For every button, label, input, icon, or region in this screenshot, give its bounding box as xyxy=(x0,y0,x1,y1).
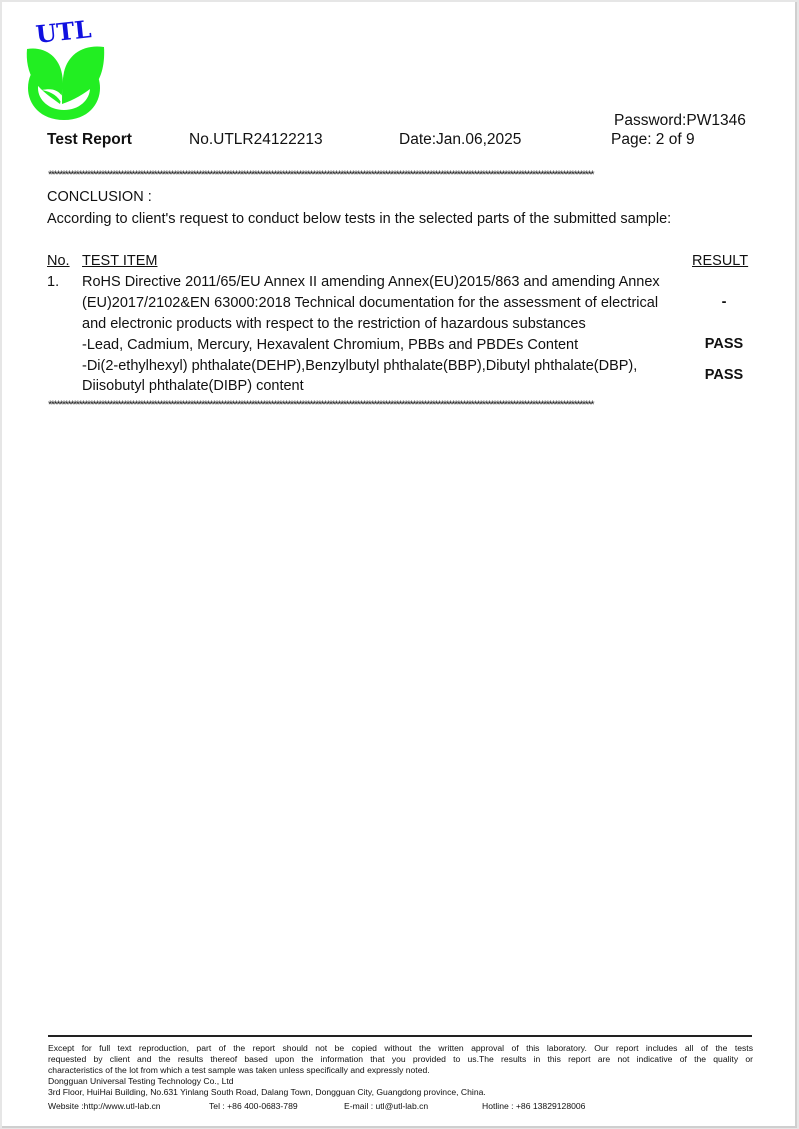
page-number: Page: 2 of 9 xyxy=(611,131,695,149)
column-header-no: No. xyxy=(47,252,70,270)
footer-rule xyxy=(48,1035,752,1037)
result-value: PASS xyxy=(694,367,754,383)
result-value: - xyxy=(694,294,754,310)
result-value: PASS xyxy=(694,336,754,352)
separator: ****************************************… xyxy=(48,170,764,180)
report-number: No.UTLR24122213 xyxy=(189,131,323,149)
password: Password:PW1346 xyxy=(614,112,746,130)
utl-logo: UTL xyxy=(22,16,106,122)
telephone: Tel : +86 400-0683-789 xyxy=(209,1101,298,1111)
test-item-line: -Lead, Cadmium, Mercury, Hexavalent Chro… xyxy=(82,336,578,354)
test-item-line: Diisobutyl phthalate(DIBP) content xyxy=(82,377,304,395)
disclaimer-line: Except for full text reproduction, part … xyxy=(48,1043,753,1054)
column-header-test-item: TEST ITEM xyxy=(82,252,157,270)
test-item-line: -Di(2-ethylhexyl) phthalate(DEHP),Benzyl… xyxy=(82,357,637,375)
company-name: Dongguan Universal Testing Technology Co… xyxy=(48,1076,753,1087)
disclaimer-line: characteristics of the lot from which a … xyxy=(48,1065,753,1076)
test-item-line: and electronic products with respect to … xyxy=(82,315,586,333)
conclusion-heading: CONCLUSION : xyxy=(47,188,152,206)
document-title: Test Report xyxy=(47,131,132,149)
row-number: 1. xyxy=(47,273,59,291)
separator: ****************************************… xyxy=(48,400,764,410)
hotline: Hotline : +86 13829128006 xyxy=(482,1101,585,1111)
logo-text: UTL xyxy=(34,16,93,49)
email-link[interactable]: E-mail : utl@utl-lab.cn xyxy=(344,1101,428,1111)
column-header-result: RESULT xyxy=(692,252,748,270)
conclusion-intro: According to client's request to conduct… xyxy=(47,210,671,228)
disclaimer-line: requested by client and the results ther… xyxy=(48,1054,753,1065)
test-item-line: (EU)2017/2102&EN 63000:2018 Technical do… xyxy=(82,294,658,312)
report-date: Date:Jan.06,2025 xyxy=(399,131,521,149)
website-link[interactable]: Website :http://www.utl-lab.cn xyxy=(48,1101,161,1111)
company-address: 3rd Floor, HuiHai Building, No.631 Yinla… xyxy=(48,1087,753,1098)
report-page: UTL Password:PW1346 Test Report No.UTLR2… xyxy=(2,2,797,1128)
test-item-line: RoHS Directive 2011/65/EU Annex II amend… xyxy=(82,273,660,291)
